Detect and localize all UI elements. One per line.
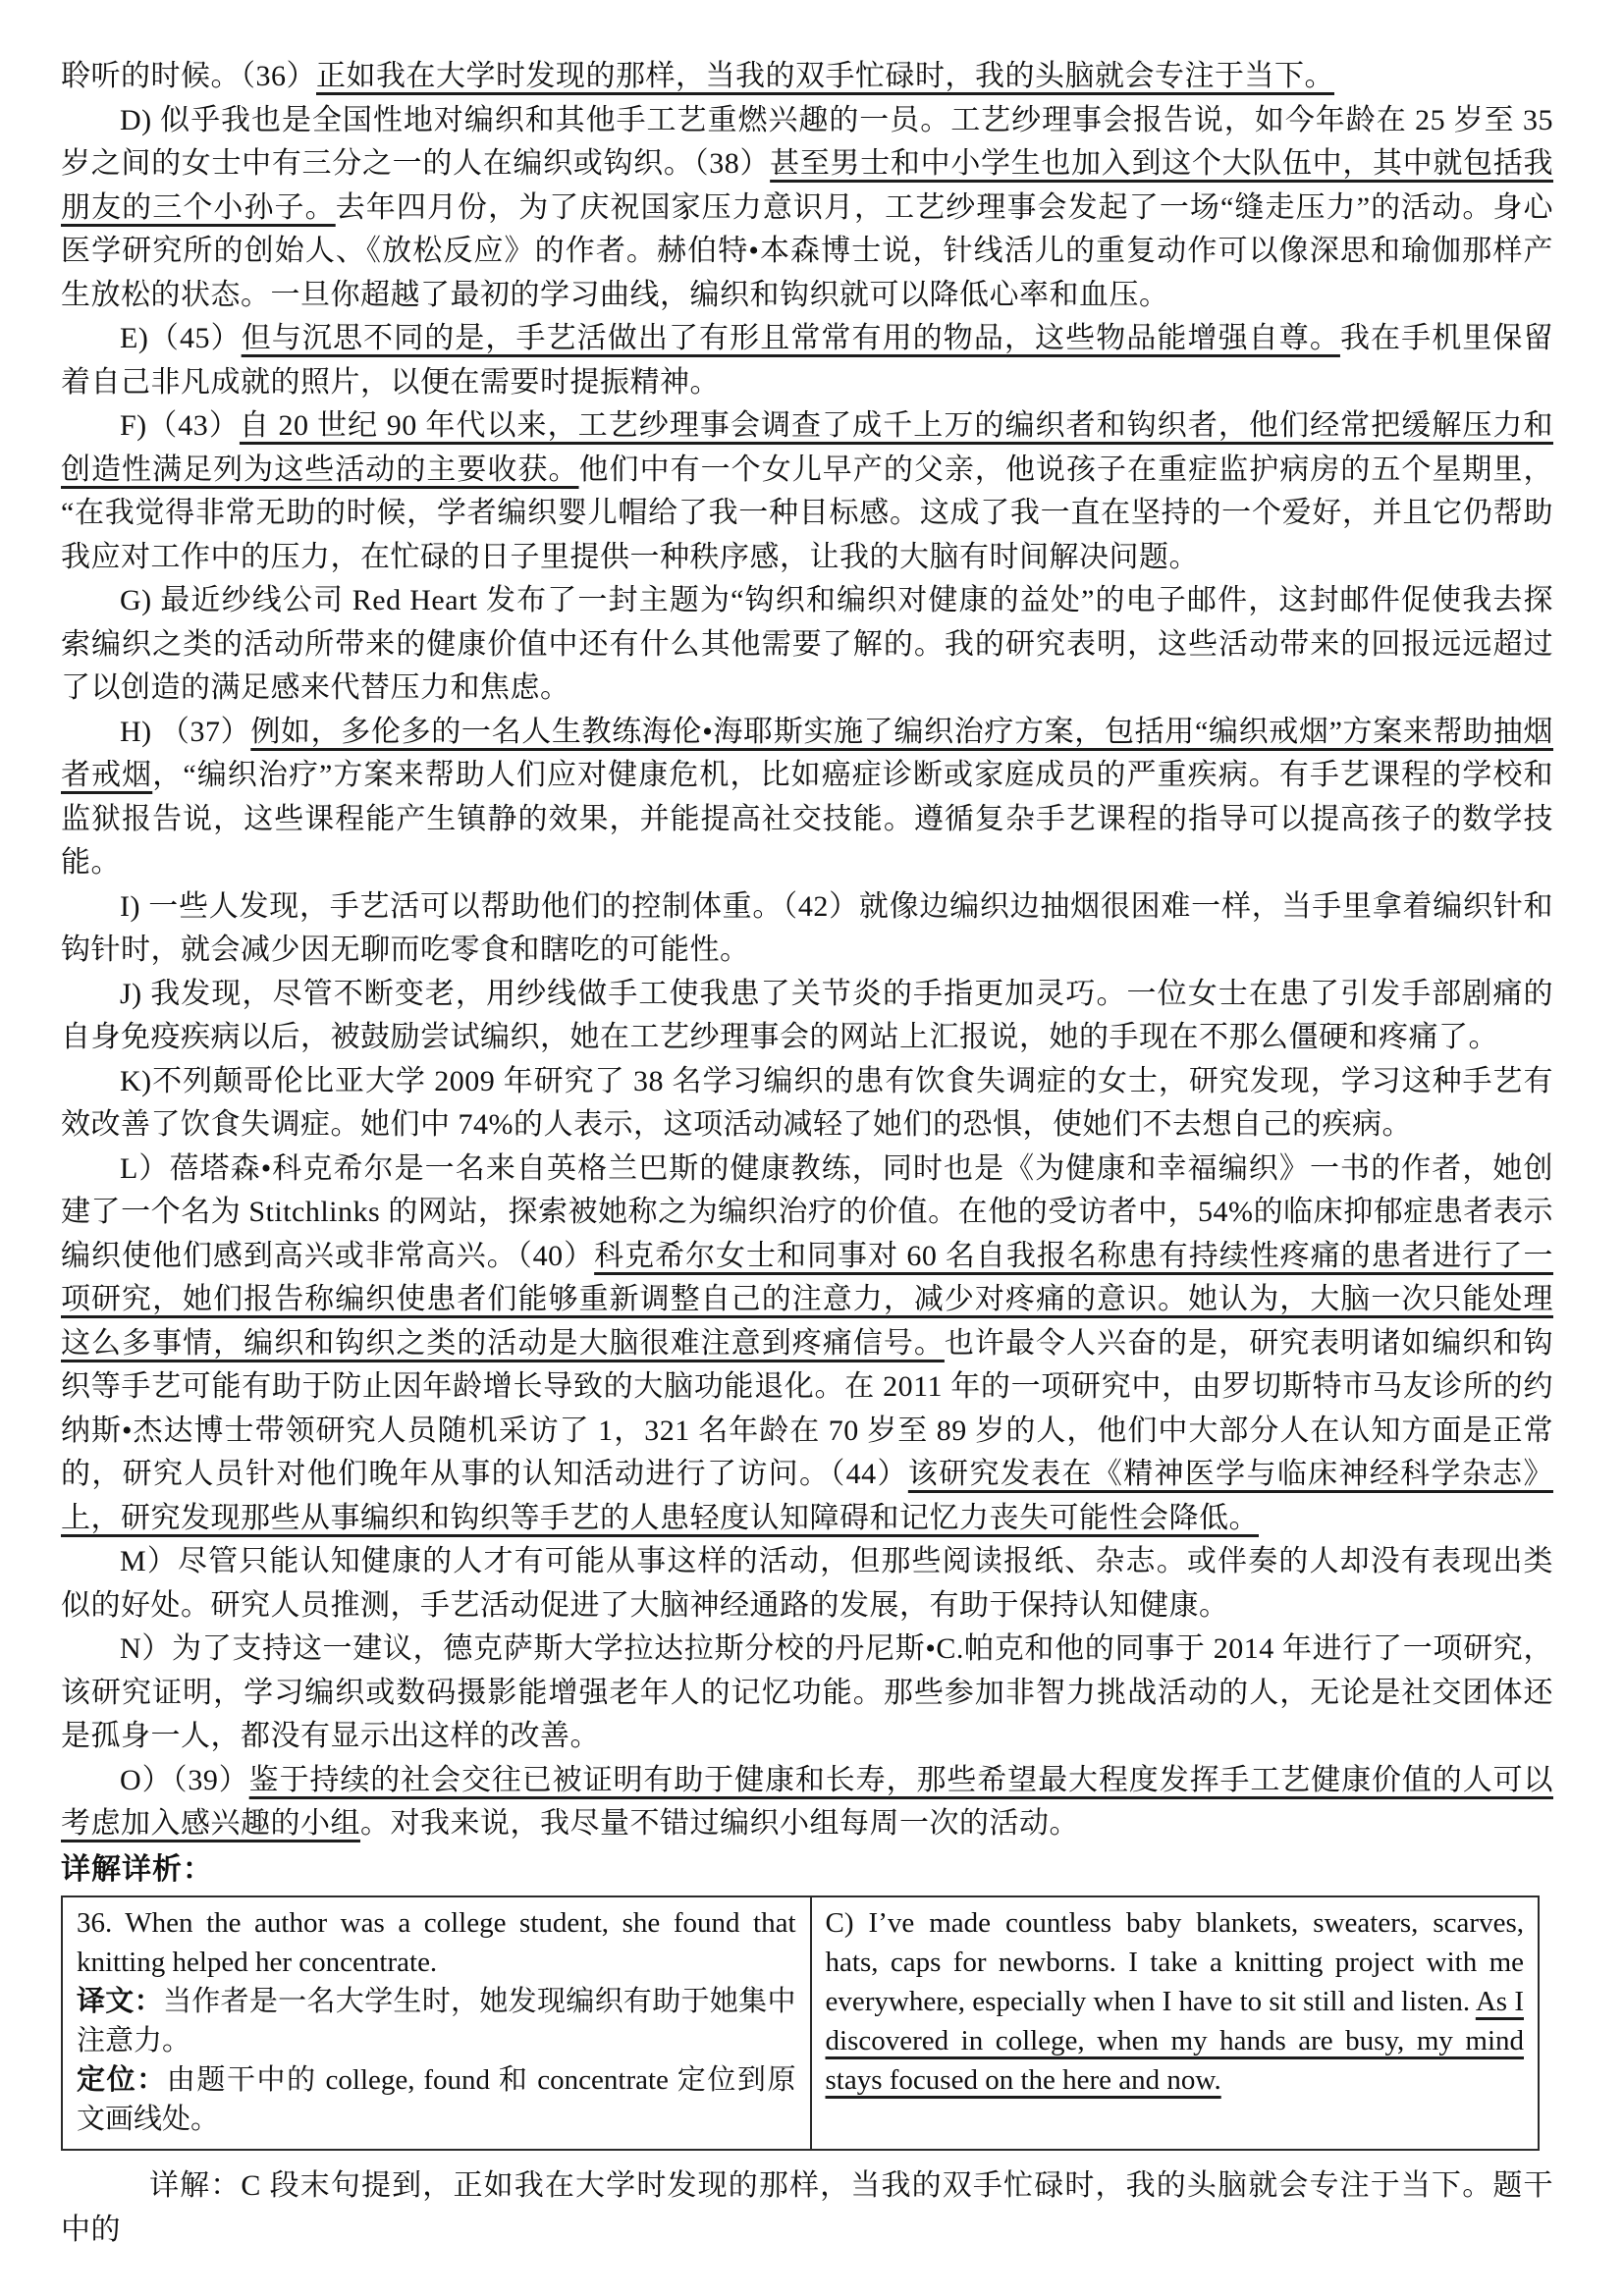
- text-run: M）尽管只能认知健康的人才有可能从事这样的活动，但那些阅读报纸、杂志。或伴奏的人…: [61, 1545, 1553, 1622]
- explanation-table: 36. When the author was a college studen…: [61, 1896, 1540, 2151]
- text-run: I) 一些人发现，手艺活可以帮助他们的控制体重。（42）就像边编织边抽烟很困难一…: [61, 890, 1553, 967]
- text-run: K)不列颠哥伦比亚大学 2009 年研究了 38 名学习编织的患有饮食失调症的女…: [61, 1065, 1553, 1142]
- text-run: 当作者是一名大学生时，她发现编织有助于她集中注意力。: [77, 1986, 796, 2056]
- paragraph: 译文：当作者是一名大学生时，她发现编织有助于她集中注意力。: [77, 1982, 796, 2060]
- paragraph: K)不列颠哥伦比亚大学 2009 年研究了 38 名学习编织的患有饮食失调症的女…: [61, 1060, 1553, 1148]
- text-run: F)（43）: [120, 409, 240, 442]
- paragraph: G) 最近纱线公司 Red Heart 发布了一封主题为“钩织和编织对健康的益处…: [61, 579, 1553, 711]
- text-run: 聆听的时候。（36）: [61, 60, 316, 92]
- text-run: ，“编织治疗”方案来帮助人们应对健康危机，比如癌症诊断或家庭成员的严重疾病。有手…: [61, 759, 1553, 879]
- text-run: 。对我来说，我尽量不错过编织小组每周一次的活动。: [360, 1807, 1079, 1840]
- answer-explanation: 详解：C 段末句提到，正如我在大学时发现的那样，当我的双手忙碌时，我的头脑就会专…: [61, 2164, 1553, 2252]
- text-run: G) 最近纱线公司 Red Heart 发布了一封主题为“钩织和编织对健康的益处…: [61, 584, 1553, 704]
- section-heading: 详解详析：: [61, 1848, 1553, 1893]
- paragraph: M）尽管只能认知健康的人才有可能从事这样的活动，但那些阅读报纸、杂志。或伴奏的人…: [61, 1540, 1553, 1628]
- paragraph: N）为了支持这一建议，德克萨斯大学拉达拉斯分校的丹尼斯•C.帕克和他的同事于 2…: [61, 1628, 1553, 1759]
- paragraph: F)（43）自 20 世纪 90 年代以来，工艺纱理事会调查了成千上万的编织者和…: [61, 404, 1553, 579]
- paragraph: 聆听的时候。（36）正如我在大学时发现的那样，当我的双手忙碌时，我的头脑就会专注…: [61, 55, 1553, 99]
- text-run: 由题干中的 college, found 和 concentrate 定位到原文…: [77, 2064, 796, 2135]
- paragraph: C) I’ve made countless baby blankets, sw…: [826, 1903, 1524, 2100]
- paragraph: J) 我发现，尽管不断变老，用纱线做手工使我患了关节炎的手指更加灵巧。一位女士在…: [61, 973, 1553, 1060]
- text-run: E)（45）: [120, 322, 242, 354]
- source-passage-cell: C) I’ve made countless baby blankets, sw…: [811, 1896, 1539, 2150]
- paragraph: D) 似乎我也是全国性地对编织和其他手工艺重燃兴趣的一员。工艺纱理事会报告说，如…: [61, 99, 1553, 318]
- text-run: N）为了支持这一建议，德克萨斯大学拉达拉斯分校的丹尼斯•C.帕克和他的同事于 2…: [61, 1632, 1553, 1752]
- bold-label: 定位：: [77, 2064, 167, 2096]
- paragraph: 36. When the author was a college studen…: [77, 1903, 796, 1982]
- text-run: 36. When the author was a college studen…: [77, 1907, 796, 1978]
- underlined-text: 但与沉思不同的是，手艺活做出了有形且常常有用的物品，这些物品能增强自尊。: [242, 322, 1340, 354]
- underlined-text: 正如我在大学时发现的那样，当我的双手忙碌时，我的头脑就会专注于当下。: [316, 60, 1334, 92]
- text-run: H) （37）: [120, 716, 250, 748]
- document-page: 聆听的时候。（36）正如我在大学时发现的那样，当我的双手忙碌时，我的头脑就会专注…: [0, 0, 1624, 2296]
- paragraph: O）（39）鉴于持续的社会交往已被证明有助于健康和长寿，那些希望最大程度发挥手工…: [61, 1759, 1553, 1846]
- text-run: O）（39）: [120, 1764, 249, 1796]
- text-run: C) I’ve made countless baby blankets, sw…: [826, 1907, 1524, 2017]
- paragraph: 详解：C 段末句提到，正如我在大学时发现的那样，当我的双手忙碌时，我的头脑就会专…: [61, 2164, 1553, 2252]
- translation-paragraphs: 聆听的时候。（36）正如我在大学时发现的那样，当我的双手忙碌时，我的头脑就会专注…: [61, 55, 1553, 1846]
- text-run: 详解：C 段末句提到，正如我在大学时发现的那样，当我的双手忙碌时，我的头脑就会专…: [61, 2169, 1553, 2246]
- text-run: J) 我发现，尽管不断变老，用纱线做手工使我患了关节炎的手指更加灵巧。一位女士在…: [61, 978, 1553, 1054]
- question-cell: 36. When the author was a college studen…: [62, 1896, 811, 2150]
- bold-label: 译文：: [77, 1986, 163, 2017]
- paragraph: L）蓓塔森•科克希尔是一名来自英格兰巴斯的健康教练，同时也是《为健康和幸福编织》…: [61, 1148, 1553, 1541]
- paragraph: H) （37）例如，多伦多的一名人生教练海伦•海耶斯实施了编织治疗方案，包括用“…: [61, 711, 1553, 885]
- paragraph: 定位：由题干中的 college, found 和 concentrate 定位…: [77, 2060, 796, 2139]
- paragraph: I) 一些人发现，手艺活可以帮助他们的控制体重。（42）就像边编织边抽烟很困难一…: [61, 885, 1553, 973]
- table-row: 36. When the author was a college studen…: [62, 1896, 1539, 2150]
- paragraph: E)（45）但与沉思不同的是，手艺活做出了有形且常常有用的物品，这些物品能增强自…: [61, 317, 1553, 404]
